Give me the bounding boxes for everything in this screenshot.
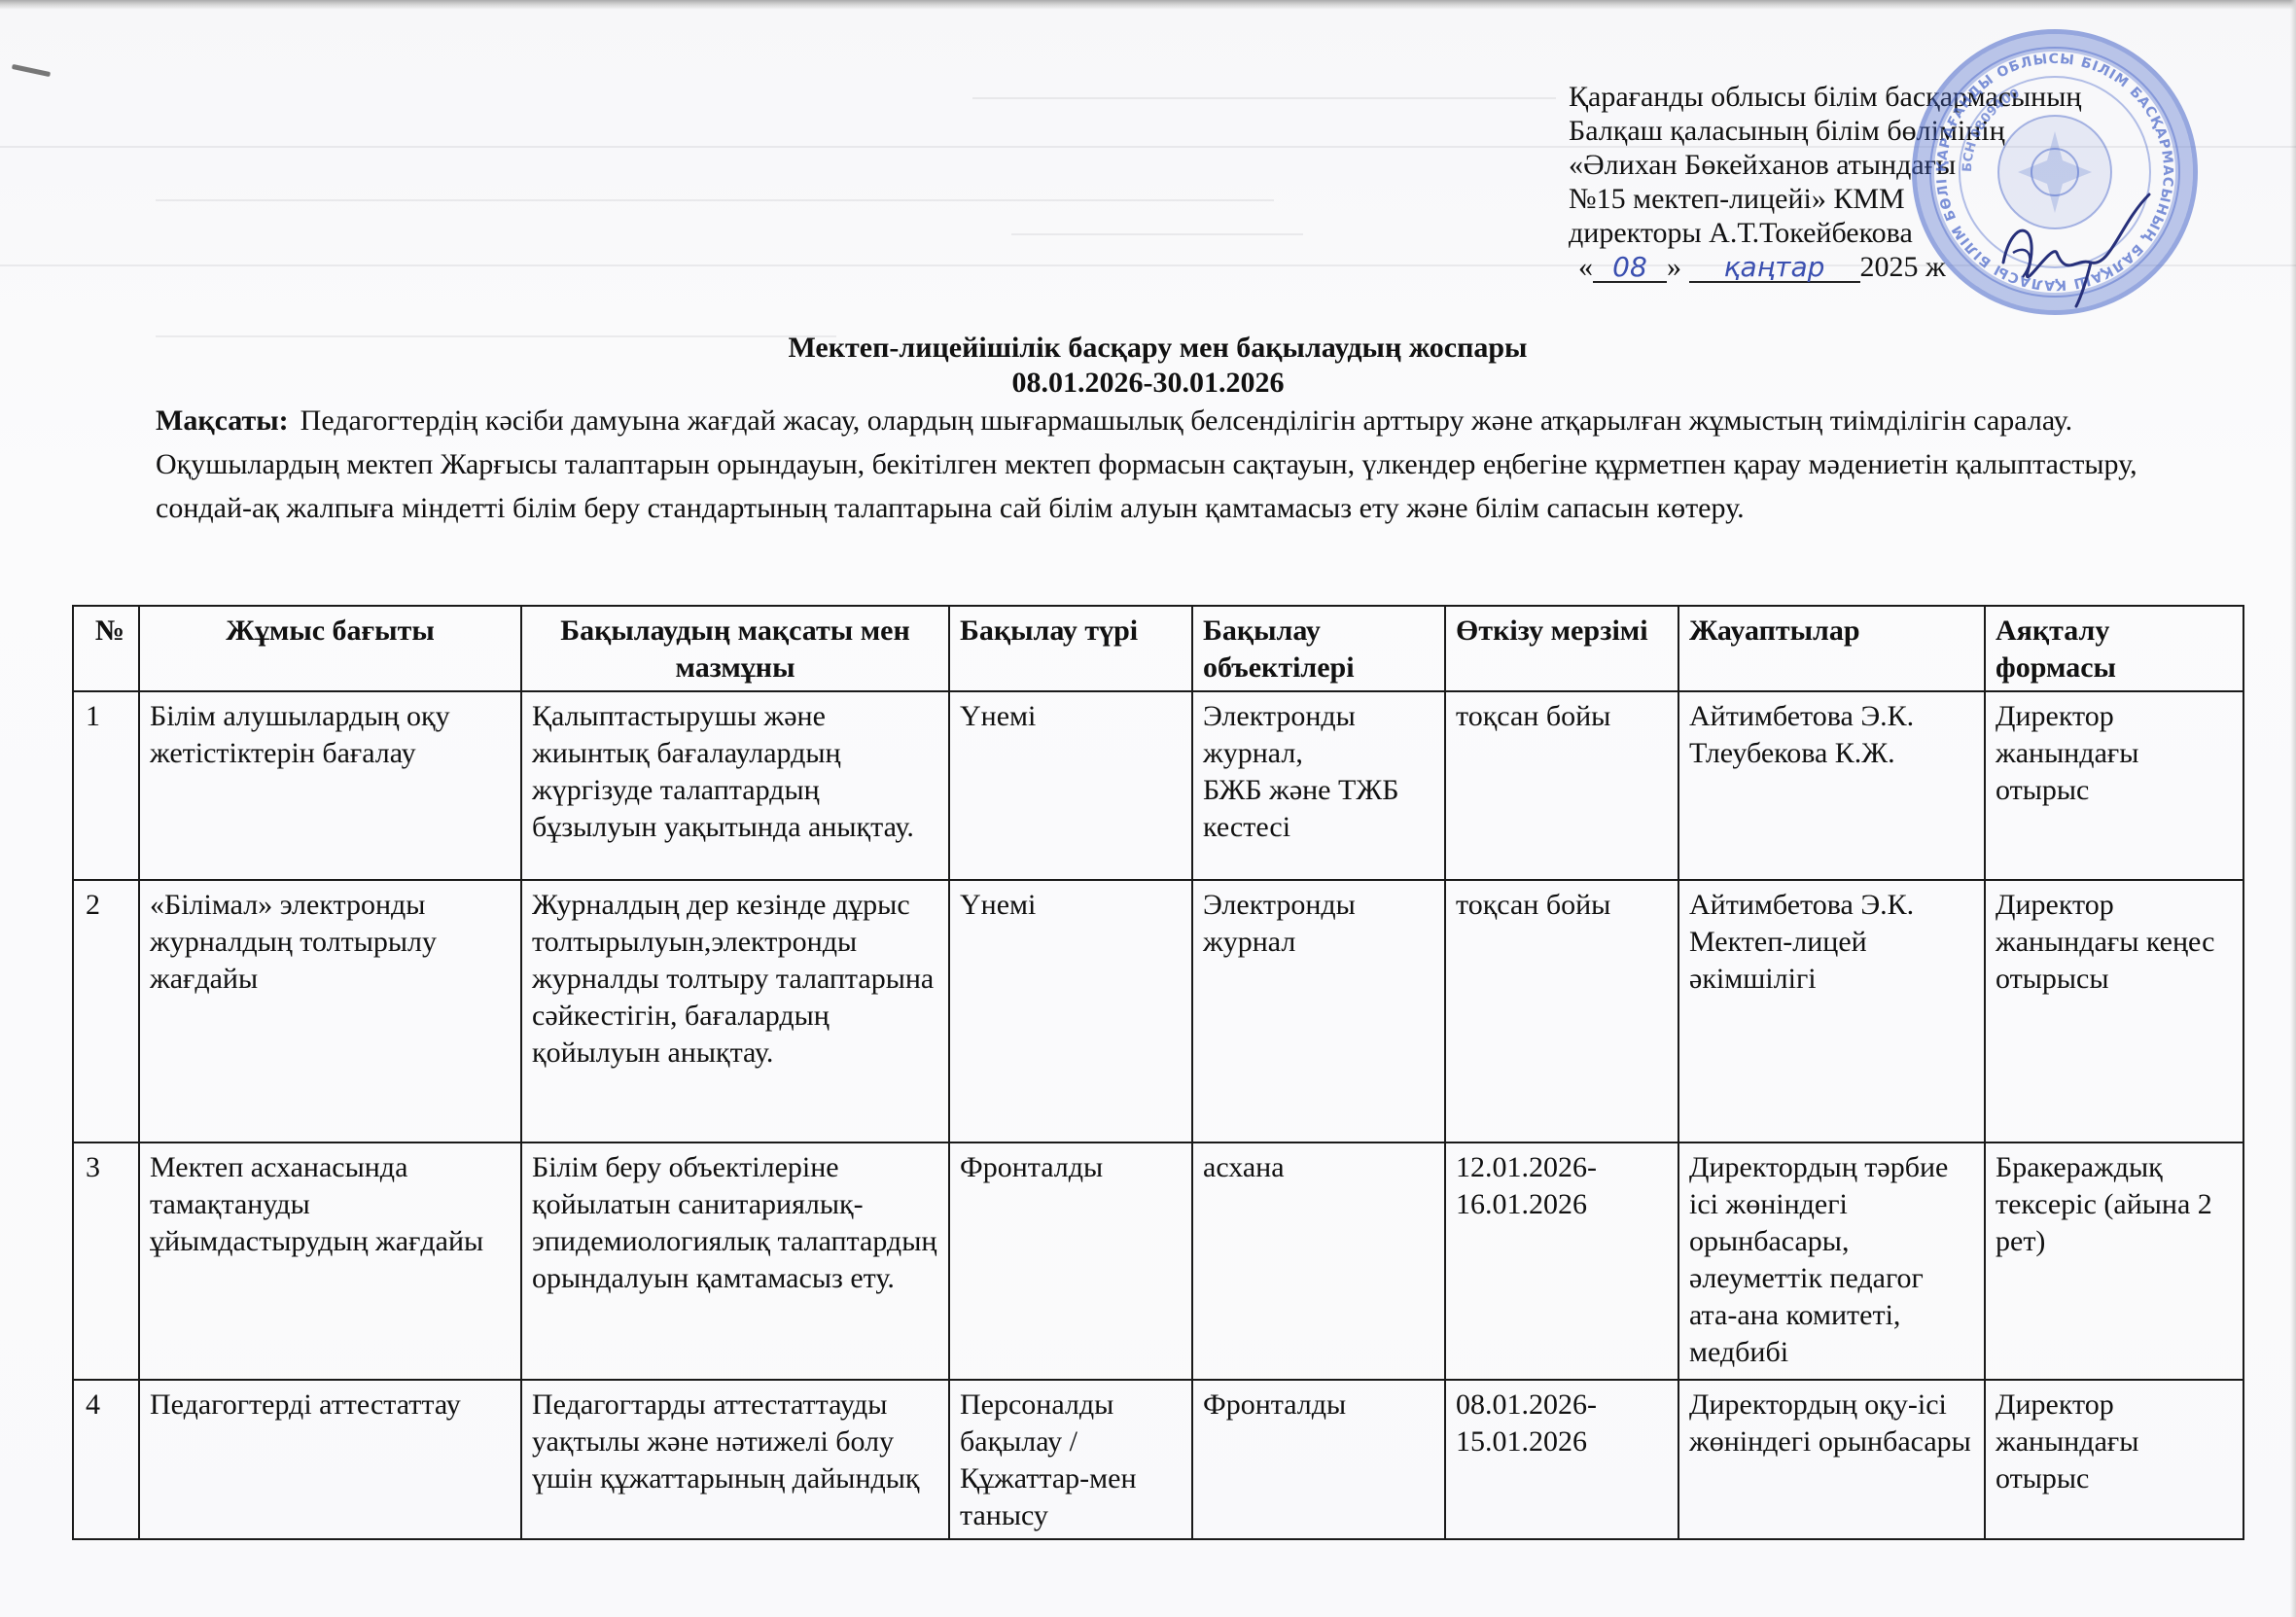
cell-objects: Электронды журнал, БЖБ және ТЖБ кестесі xyxy=(1192,691,1445,880)
object-line: асхана xyxy=(1203,1149,1434,1186)
responsible-line: Тлеубекова К.Ж. xyxy=(1689,735,1974,772)
goal-label: Мақсаты: xyxy=(156,404,289,437)
handwritten-month: қаңтар xyxy=(1689,254,1860,283)
cell-number: 4 xyxy=(73,1380,139,1539)
header-direction: Жұмыс бағыты xyxy=(139,606,521,691)
cell-type: Үнемі xyxy=(949,691,1192,880)
cell-period: 12.01.2026-16.01.2026 xyxy=(1445,1142,1678,1380)
cell-responsible: Директордың оқу-ісі жөніндегі орынбасары xyxy=(1678,1380,1985,1539)
cell-goal: Білім беру объектілеріне қойылатын санит… xyxy=(521,1142,949,1380)
cell-type: Персоналды бақылау / Құжаттар-мен танысу xyxy=(949,1380,1192,1539)
cell-responsible: Айтимбетова Э.К. Тлеубекова К.Ж. xyxy=(1678,691,1985,880)
header-type: Бақылау түрі xyxy=(949,606,1192,691)
table-header-row: № Жұмыс бағыты Бақылаудың мақсаты мен ма… xyxy=(73,606,2243,691)
responsible-line: Айтимбетова Э.К. xyxy=(1689,887,1974,924)
goal-text: Педагогтердің кәсіби дамуына жағдай жаса… xyxy=(156,404,2137,524)
cell-number: 3 xyxy=(73,1142,139,1380)
document-title: Мектеп-лицейішілік басқару мен бақылауды… xyxy=(0,331,2296,401)
control-plan-table: № Жұмыс бағыты Бақылаудың мақсаты мен ма… xyxy=(72,605,2244,1540)
plan-period: 08.01.2026-30.01.2026 xyxy=(0,366,2296,401)
object-line: Фронталды xyxy=(1203,1387,1434,1424)
table-row: 3 Мектеп асханасында тамақтануды ұйымдас… xyxy=(73,1142,2243,1380)
object-line: Электронды журнал xyxy=(1203,887,1434,961)
responsible-line: Айтимбетова Э.К. xyxy=(1689,698,1974,735)
cell-direction: Мектеп асханасында тамақтануды ұйымдасты… xyxy=(139,1142,521,1380)
date-open-quote: « xyxy=(1578,251,1593,283)
responsible-line: әлеуметтік педагог ата-ана комитеті, мед… xyxy=(1689,1260,1974,1371)
approval-line: Қарағанды облысы білім басқармасының xyxy=(1569,80,2074,114)
cell-direction: Білім алушылардың оқу жетістіктерін баға… xyxy=(139,691,521,880)
cell-form: Директор жанындағы отырыс xyxy=(1985,691,2243,880)
cell-number: 1 xyxy=(73,691,139,880)
header-goal: Бақылаудың мақсаты мен мазмұны xyxy=(521,606,949,691)
cell-period: тоқсан бойы xyxy=(1445,691,1678,880)
cell-form: Директор жанындағы отырыс xyxy=(1985,1380,2243,1539)
approval-line: «Әлихан Бөкейханов атындағы xyxy=(1569,148,2074,182)
cell-objects: Электронды журнал xyxy=(1192,880,1445,1142)
date-close-quote: » xyxy=(1667,251,1681,283)
object-line: БЖБ және ТЖБ кестесі xyxy=(1203,772,1434,846)
cell-form: Бракераждық тексеріс (айына 2 рет) xyxy=(1985,1142,2243,1380)
cell-responsible: Айтимбетова Э.К. Мектеп-лицей әкімшілігі xyxy=(1678,880,1985,1142)
header-form: Аяқталу формасы xyxy=(1985,606,2243,691)
cell-direction: «Білімал» электронды журналдың толтырылу… xyxy=(139,880,521,1142)
cell-form: Директор жанындағы кеңес отырысы xyxy=(1985,880,2243,1142)
cell-responsible: Директордың тәрбие ісі жөніндегі орынбас… xyxy=(1678,1142,1985,1380)
goal-paragraph: Мақсаты:Педагогтердің кәсіби дамуына жағ… xyxy=(156,399,2149,530)
cell-objects: асхана xyxy=(1192,1142,1445,1380)
cell-type: Үнемі xyxy=(949,880,1192,1142)
cell-type: Фронталды xyxy=(949,1142,1192,1380)
approval-line: директоры А.Т.Токейбекова xyxy=(1569,216,2074,250)
approval-date: «08» қаңтар2025 ж xyxy=(1569,250,2074,284)
header-period: Өткізу мерзімі xyxy=(1445,606,1678,691)
cell-period: 08.01.2026-15.01.2026 xyxy=(1445,1380,1678,1539)
handwritten-day: 08 xyxy=(1593,254,1667,283)
header-responsible: Жауаптылар xyxy=(1678,606,1985,691)
approval-line: №15 мектеп-лицейі» КММ xyxy=(1569,182,2074,216)
object-line: Электронды журнал, xyxy=(1203,698,1434,772)
plan-title: Мектеп-лицейішілік басқару мен бақылауды… xyxy=(0,331,2296,366)
responsible-line: Директордың тәрбие ісі жөніндегі орынбас… xyxy=(1689,1149,1974,1260)
date-year: 2025 ж xyxy=(1860,251,1946,283)
cell-goal: Қалыптастырушы және жиынтық бағалауларды… xyxy=(521,691,949,880)
cell-period: тоқсан бойы xyxy=(1445,880,1678,1142)
header-objects: Бақылау объектілері xyxy=(1192,606,1445,691)
header-number: № xyxy=(73,606,139,691)
cell-objects: Фронталды xyxy=(1192,1380,1445,1539)
approval-line: Балқаш қаласының білім бөлімінің xyxy=(1569,114,2074,148)
approval-block: Қарағанды облысы білім басқармасының Бал… xyxy=(1569,80,2074,284)
responsible-line: Мектеп-лицей әкімшілігі xyxy=(1689,924,1974,998)
table-row: 4 Педагогтерді аттестаттау Педагогтарды … xyxy=(73,1380,2243,1539)
table-row: 1 Білім алушылардың оқу жетістіктерін ба… xyxy=(73,691,2243,880)
cell-goal: Журналдың дер кезінде дұрыс толтырылуын,… xyxy=(521,880,949,1142)
cell-direction: Педагогтерді аттестаттау xyxy=(139,1380,521,1539)
responsible-line: Директордың оқу-ісі жөніндегі орынбасары xyxy=(1689,1387,1974,1460)
table-row: 2 «Білімал» электронды журналдың толтыры… xyxy=(73,880,2243,1142)
cell-number: 2 xyxy=(73,880,139,1142)
cell-goal: Педагогтарды аттестаттауды уақтылы және … xyxy=(521,1380,949,1539)
